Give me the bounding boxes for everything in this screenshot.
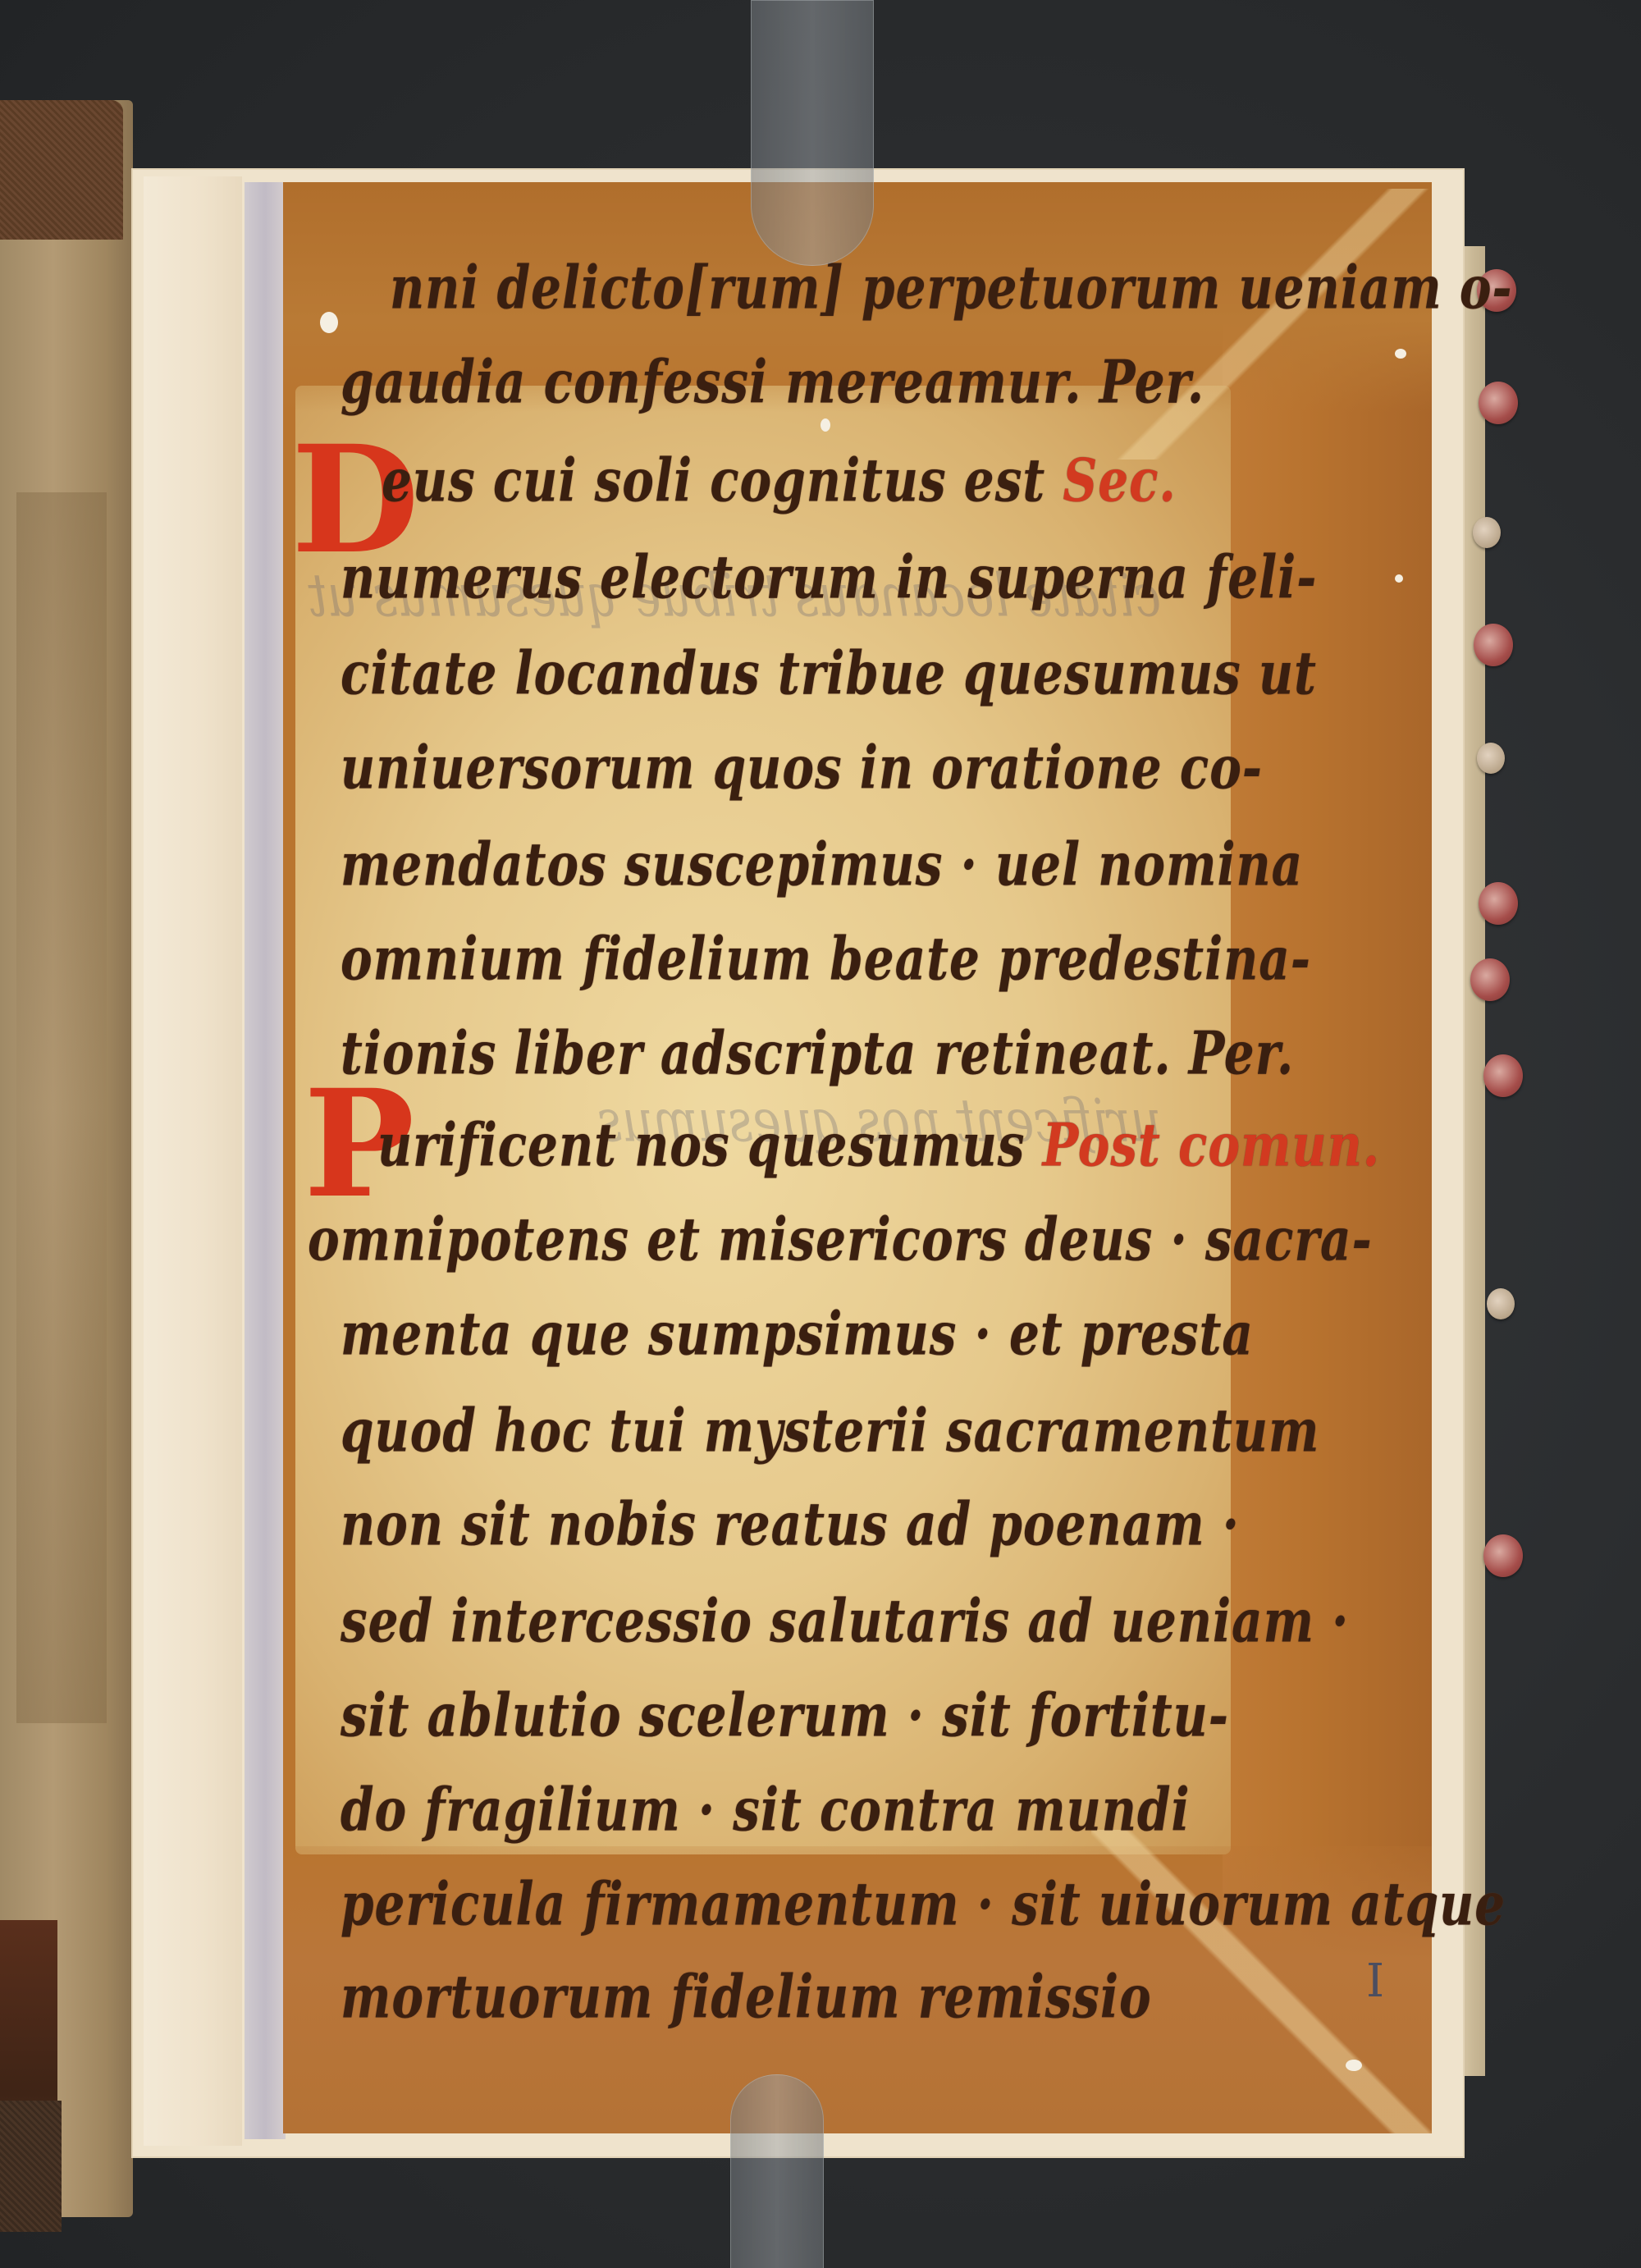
parchment-fold-top: [1091, 189, 1436, 460]
text-line-6: uniuersorum quos in oratione co-: [341, 733, 1263, 802]
parchment-hole: [820, 418, 830, 432]
text-line-10: urificent nos quesumus Post comun.: [377, 1110, 1380, 1180]
text-line-17: do fragilium · sit contra mundi: [341, 1775, 1191, 1845]
fore-edge-tab-knob: [1487, 1288, 1515, 1319]
parchment-hole: [1395, 574, 1403, 583]
fore-edge-tab-knob: [1479, 882, 1518, 925]
fore-edge-tab-knob: [1474, 624, 1513, 666]
parchment-hole: [1346, 2060, 1362, 2071]
text-line-15: sed intercessio salutaris ad ueniam ·: [341, 1586, 1349, 1656]
fore-edge-tab-knob: [1477, 743, 1505, 774]
line-text: urificent nos quesumus: [377, 1110, 1025, 1180]
parchment-hole: [1395, 349, 1406, 359]
folio-number: I: [1366, 1955, 1384, 2008]
fore-edge-tab-knob: [1483, 1054, 1523, 1097]
text-line-9: tionis liber adscripta retineat. Per.: [341, 1018, 1294, 1088]
rubric-post-communion: Post comun.: [1043, 1110, 1380, 1180]
text-line-4: numerus electorum in superna feli-: [341, 542, 1317, 612]
mount-gutter: [144, 176, 242, 2146]
text-line-19: mortuorum fidelium remissio: [341, 1962, 1152, 2032]
cover-stain: [16, 492, 107, 1723]
text-line-2: gaudia confessi mereamur. Per.: [341, 347, 1204, 417]
parchment-hole: [320, 312, 338, 333]
fore-edge-tab-knob: [1473, 517, 1501, 548]
text-line-5: citate locandus tribue quesumus ut: [341, 638, 1317, 708]
text-line-12: menta que sumpsimus · et presta: [341, 1299, 1254, 1369]
cover-cloth-bottom: [0, 2101, 62, 2232]
text-line-3: eus cui soli cognitus est Sec.: [382, 446, 1177, 515]
fore-edge-tab-knob: [1483, 1534, 1523, 1577]
text-line-13: quod hoc tui mysterii sacramentum: [341, 1396, 1319, 1466]
text-line-16: sit ablutio scelerum · sit fortitu-: [341, 1680, 1229, 1750]
text-line-7: mendatos suscepimus · uel nomina: [341, 830, 1303, 899]
text-line-1: nni delicto[rum] perpetuorum ueniam o-: [390, 253, 1513, 322]
cover-cloth-top: [0, 100, 123, 240]
text-line-8: omnium fidelium beate predestina-: [341, 924, 1311, 994]
rubric-secreta: Sec.: [1063, 446, 1176, 515]
tissue-strip: [245, 182, 286, 2139]
fore-edge-tab-knob: [1470, 958, 1510, 1001]
text-line-18: pericula firmamentum · sit uiuorum atque: [341, 1869, 1506, 1939]
line-text: eus cui soli cognitus est: [382, 446, 1045, 515]
clamp-bottom: [730, 2074, 824, 2268]
fore-edge-tab-knob: [1479, 382, 1518, 424]
text-line-14: non sit nobis reatus ad poenam ·: [341, 1489, 1240, 1559]
text-line-11: omnipotens et misericors deus · sacra-: [308, 1205, 1373, 1274]
clamp-top: [751, 0, 874, 266]
